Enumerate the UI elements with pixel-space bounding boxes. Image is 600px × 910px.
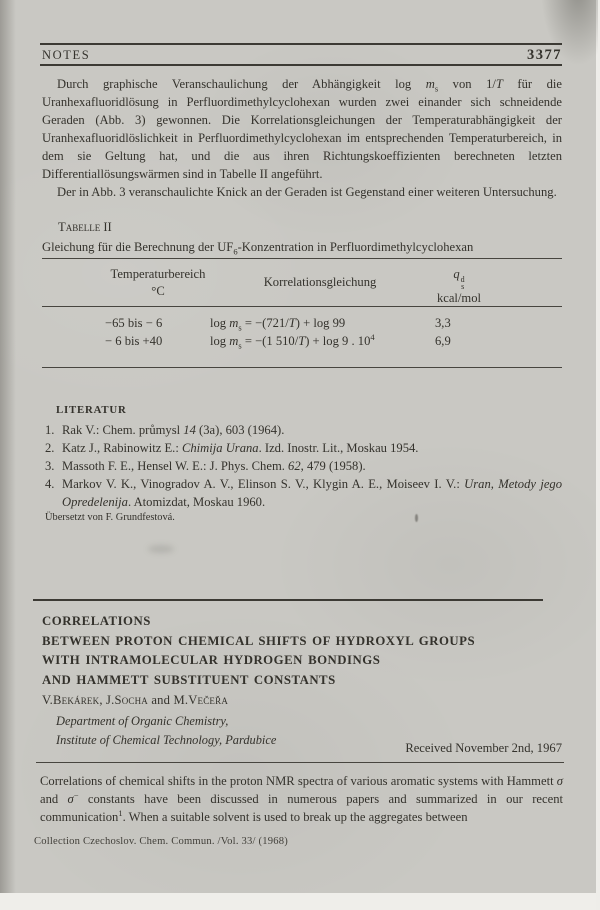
header-rule-top xyxy=(40,43,562,45)
table-rule-top xyxy=(42,258,562,259)
intro-paragraph: Correlations of chemical shifts in the p… xyxy=(40,772,563,826)
note-paragraph-2: Der in Abb. 3 veranschaulichte Knick an … xyxy=(42,183,562,201)
section-label: NOTES xyxy=(42,48,90,63)
affiliation-line: Department of Organic Chemistry, xyxy=(56,712,576,731)
column-header-heat: qds kcal/mol xyxy=(399,266,519,307)
scanned-page: NOTES 3377 Durch graphische Veranschauli… xyxy=(0,0,600,910)
cell-equation: log ms = −(721/T) + log 99 xyxy=(210,316,345,331)
table-header-row: Temperaturbereich °C Korrelationsgleichu… xyxy=(42,266,562,306)
article-head-rule xyxy=(36,762,564,763)
table-row: −65 bis − 6 log ms = −(721/T) + log 99 3… xyxy=(42,316,562,334)
journal-footer: Collection Czechoslov. Chem. Commun. /Vo… xyxy=(34,836,288,847)
table-row: − 6 bis +40 log ms = −(1 510/T) + log 9 … xyxy=(42,334,562,352)
article-title-line: AND HAMMETT SUBSTITUENT CONSTANTS xyxy=(42,671,562,691)
smudge-artifact xyxy=(148,545,174,553)
table-body: −65 bis − 6 log ms = −(721/T) + log 99 3… xyxy=(42,316,562,352)
note-paragraph-1: Durch graphische Veranschaulichung der A… xyxy=(42,75,562,183)
table-label: Tabelle II xyxy=(58,220,578,235)
scan-edge-left xyxy=(0,0,16,910)
column-header-correlation: Korrelationsgleichung xyxy=(220,275,420,290)
scan-edge-bottom xyxy=(0,893,600,910)
table-rule-middle xyxy=(42,306,562,307)
cell-temp-range: −65 bis − 6 xyxy=(105,316,162,331)
note-body: Durch graphische Veranschaulichung der A… xyxy=(42,75,562,201)
cell-heat-value: 6,9 xyxy=(435,334,451,349)
reference-item: 3. Massoth F. E., Hensel W. E.: J. Phys.… xyxy=(42,457,562,475)
authors-line: V.Bekárek, J.Socha and M.Večeřa xyxy=(42,693,562,708)
scan-edge-right xyxy=(596,0,600,910)
translator-note: Übersetzt von F. Grundfestová. xyxy=(45,512,565,523)
article-title-line: WITH INTRAMOLECULAR HYDROGEN BONDINGS xyxy=(42,651,562,671)
cell-heat-value: 3,3 xyxy=(435,316,451,331)
received-date: Received November 2nd, 1967 xyxy=(42,741,595,756)
reference-list: 1. Rak V.: Chem. průmysl 14 (3a), 603 (1… xyxy=(42,421,562,511)
article-title: CORRELATIONS BETWEEN PROTON CHEMICAL SHI… xyxy=(42,612,562,690)
running-head: NOTES 3377 xyxy=(42,47,562,64)
header-rule-bottom xyxy=(40,64,562,66)
reference-item: 1. Rak V.: Chem. průmysl 14 (3a), 603 (1… xyxy=(42,421,562,439)
cell-equation: log ms = −(1 510/T) + log 9 . 104 xyxy=(210,334,375,349)
article-title-line: BETWEEN PROTON CHEMICAL SHIFTS OF HYDROX… xyxy=(42,632,562,652)
cell-temp-range: − 6 bis +40 xyxy=(105,334,162,349)
table-caption: Gleichung für die Berechnung der UF6-Kon… xyxy=(42,240,562,255)
article-separator-rule xyxy=(33,599,543,601)
reference-item: 2. Katz J., Rabinowitz E.: Chimija Urana… xyxy=(42,439,562,457)
column-header-temperature: Temperaturbereich °C xyxy=(78,266,238,300)
table-rule-bottom xyxy=(42,367,562,368)
article-title-line: CORRELATIONS xyxy=(42,612,562,632)
reference-item: 4. Markov V. K., Vinogradov A. V., Elins… xyxy=(42,475,562,511)
page-number: 3377 xyxy=(527,47,562,64)
literature-heading: LITERATUR xyxy=(56,404,576,416)
